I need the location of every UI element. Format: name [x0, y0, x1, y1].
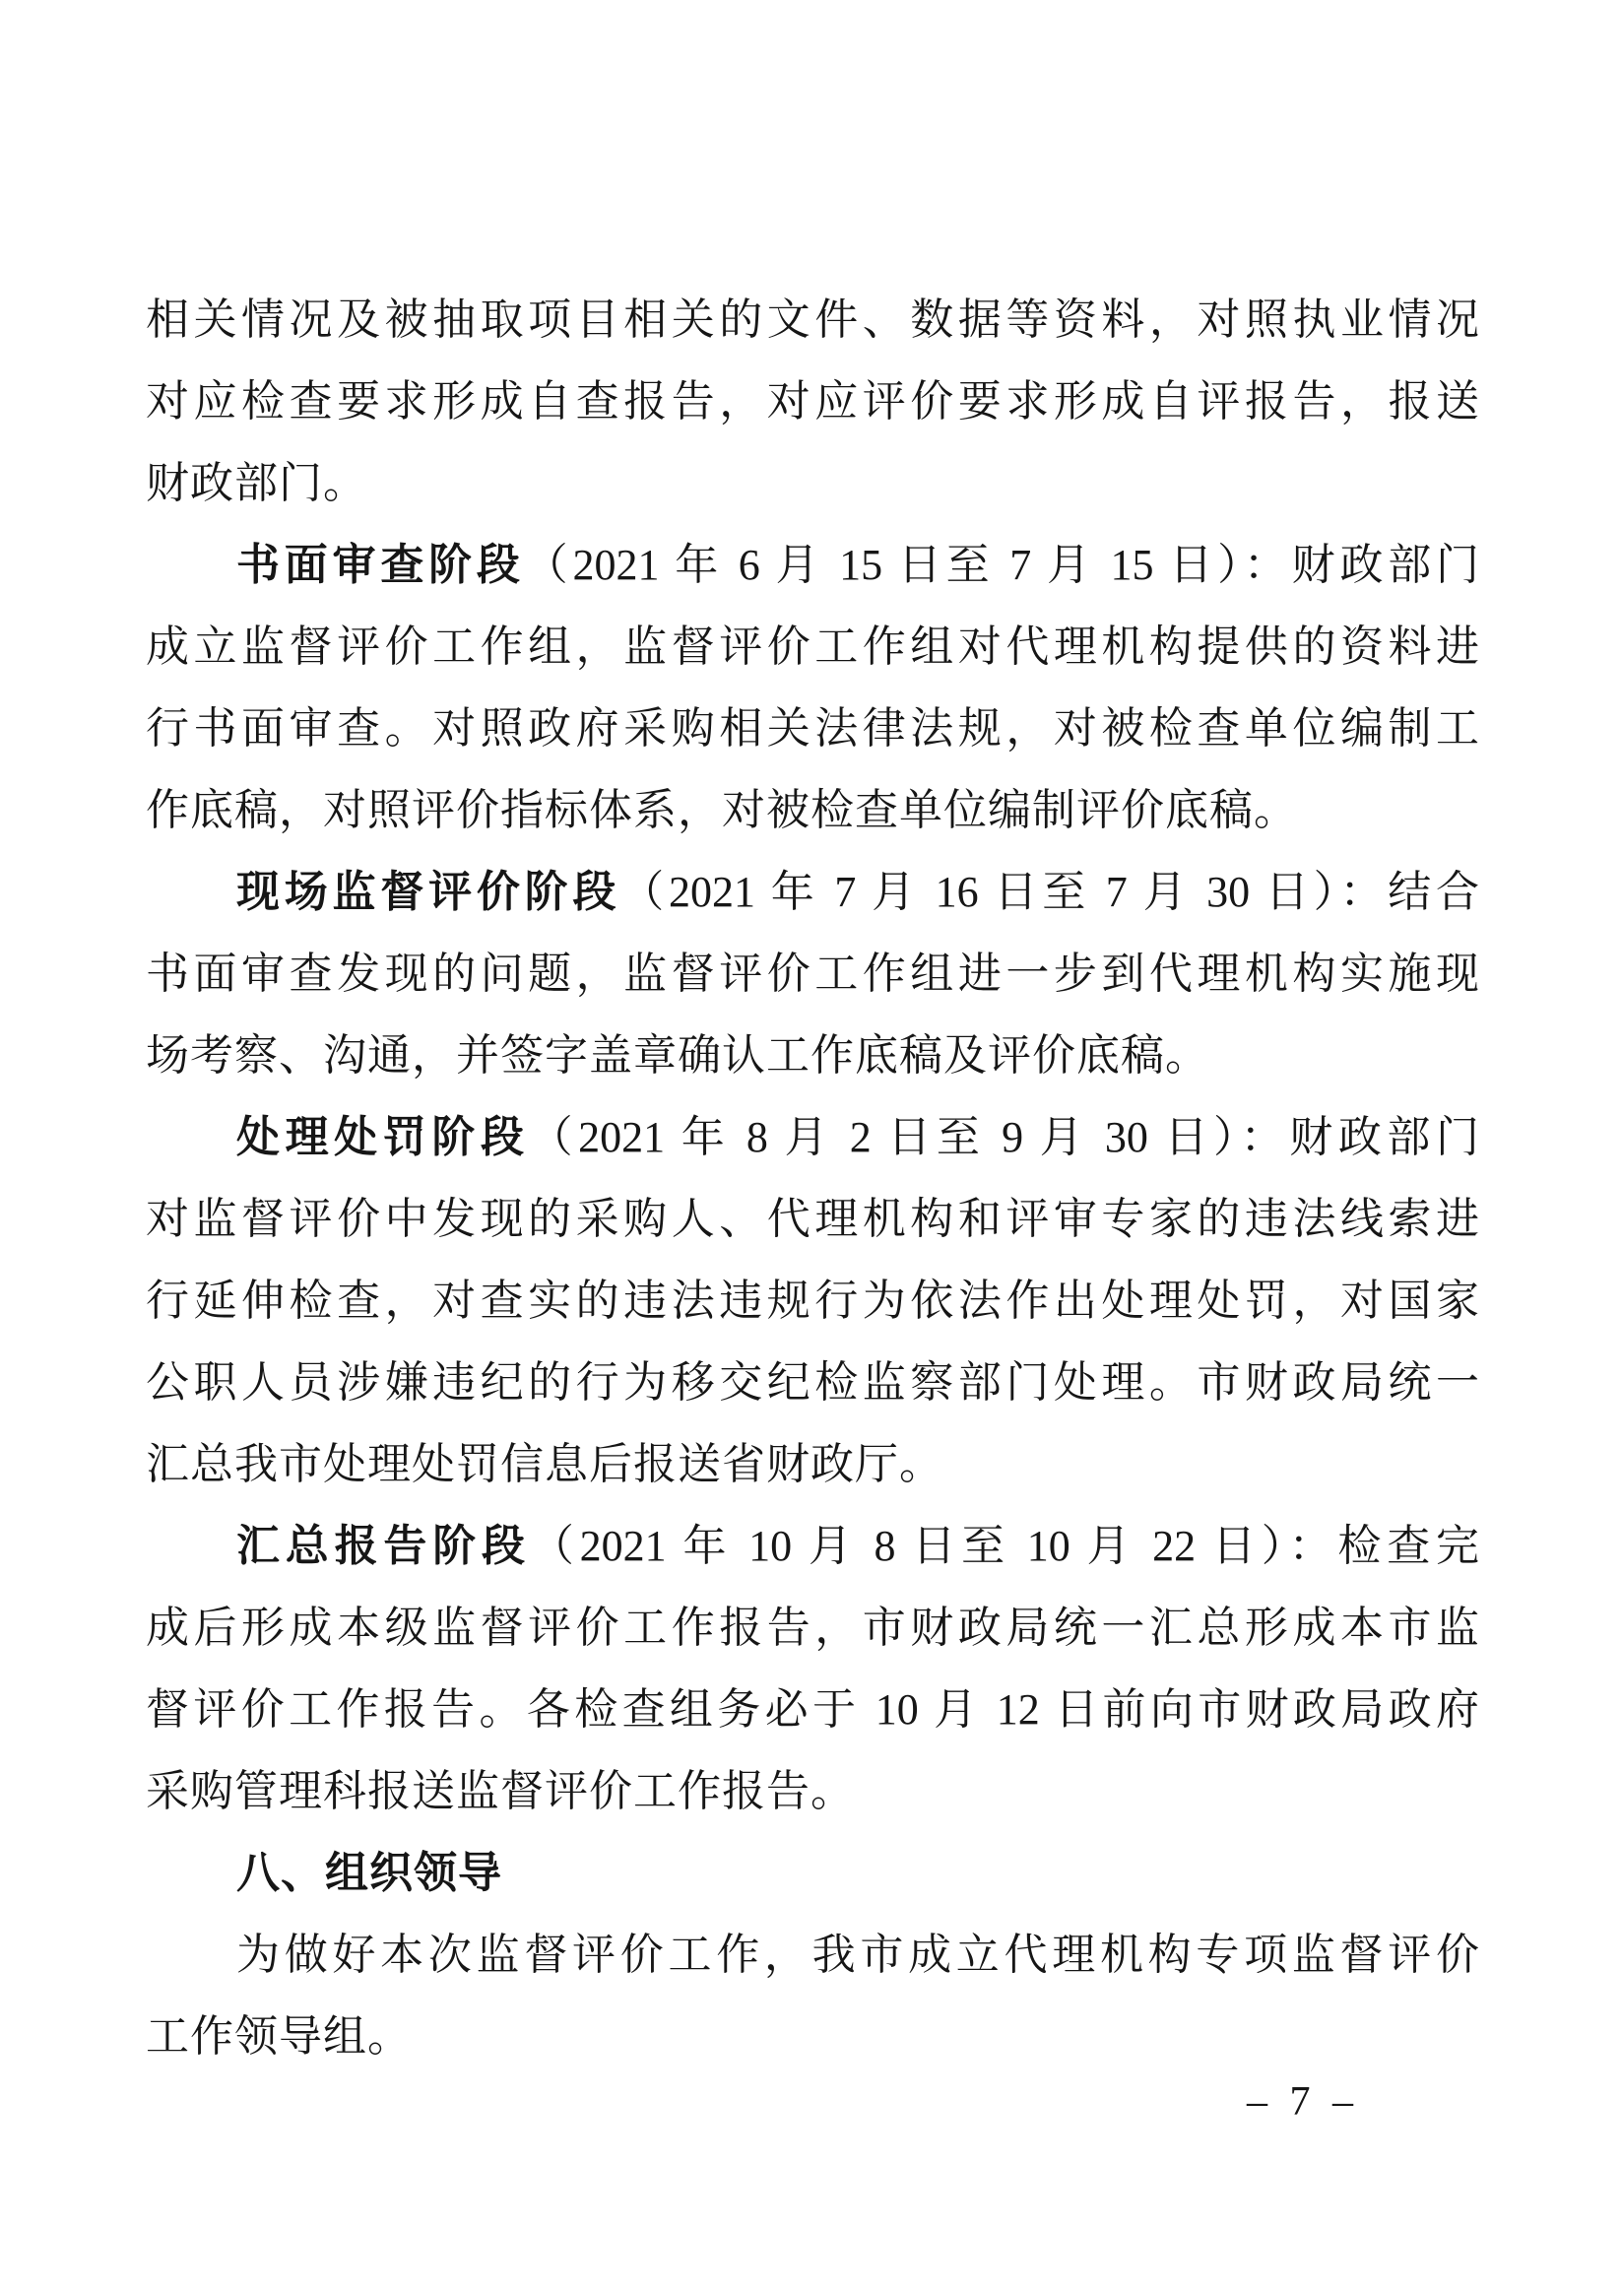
text-line: 汇总报告阶段（2021 年 10 月 8 日至 10 月 22 日）：检查完 [146, 1505, 1479, 1587]
body-text: 书面审查发现的问题，监督评价工作组进一步到代理机构实施现 [146, 950, 1479, 998]
text-line: 公职人员涉嫌违纪的行为移交纪检监察部门处理。市财政局统一 [146, 1342, 1479, 1423]
text-line: 对应检查要求形成自查报告，对应评价要求形成自评报告，报送 [146, 361, 1479, 442]
text-line: 督评价工作报告。各检查组务必于 10 月 12 日前向市财政局政府 [146, 1669, 1479, 1750]
body-text: 行延伸检查，对查实的违法违规行为依法作出处理处罚，对国家 [146, 1277, 1479, 1325]
body-text: （2021 年 10 月 8 日至 10 月 22 日）：检查完 [531, 1522, 1479, 1570]
body-text: 工作领导组。 [146, 2012, 412, 2061]
body-text: 场考察、沟通，并签字盖章确认工作底稿及评价底稿。 [146, 1031, 1209, 1080]
text-line: 书面审查发现的问题，监督评价工作组进一步到代理机构实施现 [146, 933, 1479, 1015]
text-line: 采购管理科报送监督评价工作报告。 [146, 1750, 1479, 1832]
body-text: 为做好本次监督评价工作，我市成立代理机构专项监督评价 [236, 1931, 1479, 1979]
body-text: 对应检查要求形成自查报告，对应评价要求形成自评报告，报送 [146, 377, 1479, 426]
text-line: 成立监督评价工作组，监督评价工作组对代理机构提供的资料进 [146, 606, 1479, 688]
text-line: 为做好本次监督评价工作，我市成立代理机构专项监督评价 [146, 1914, 1479, 1996]
text-line: 八、组织领导 [146, 1832, 1479, 1914]
text-line: 作底稿，对照评价指标体系，对被检查单位编制评价底稿。 [146, 769, 1479, 851]
document-page: 相关情况及被抽取项目相关的文件、数据等资料，对照执业情况对应检查要求形成自查报告… [0, 0, 1621, 2296]
emphasis-text: 处理处罚阶段 [236, 1113, 530, 1161]
body-text: 作底稿，对照评价指标体系，对被检查单位编制评价底稿。 [146, 786, 1298, 834]
text-line: 场考察、沟通，并签字盖章确认工作底稿及评价底稿。 [146, 1015, 1479, 1096]
body-text: 采购管理科报送监督评价工作报告。 [146, 1767, 855, 1815]
document-body: 相关情况及被抽取项目相关的文件、数据等资料，对照执业情况对应检查要求形成自查报告… [146, 279, 1479, 2077]
body-text: （2021 年 7 月 16 日至 7 月 30 日）：结合 [620, 868, 1479, 916]
text-line: 相关情况及被抽取项目相关的文件、数据等资料，对照执业情况 [146, 279, 1479, 361]
body-text: 对监督评价中发现的采购人、代理机构和评审专家的违法线索进 [146, 1195, 1479, 1243]
body-text: 财政部门。 [146, 459, 367, 507]
emphasis-text: 现场监督评价阶段 [236, 868, 620, 916]
text-line: 汇总我市处理处罚信息后报送省财政厅。 [146, 1423, 1479, 1505]
text-line: 工作领导组。 [146, 1996, 1479, 2077]
text-line: 行书面审查。对照政府采购相关法律法规，对被检查单位编制工 [146, 688, 1479, 769]
body-text: 行书面审查。对照政府采购相关法律法规，对被检查单位编制工 [146, 704, 1479, 753]
page-number: – 7 – [1247, 2072, 1359, 2132]
text-line: 现场监督评价阶段（2021 年 7 月 16 日至 7 月 30 日）：结合 [146, 851, 1479, 933]
body-text: 成后形成本级监督评价工作报告，市财政局统一汇总形成本市监 [146, 1604, 1479, 1652]
emphasis-text: 书面审查阶段 [236, 541, 525, 589]
text-line: 对监督评价中发现的采购人、代理机构和评审专家的违法线索进 [146, 1178, 1479, 1260]
text-line: 成后形成本级监督评价工作报告，市财政局统一汇总形成本市监 [146, 1587, 1479, 1669]
body-text: （2021 年 6 月 15 日至 7 月 15 日）：财政部门 [525, 541, 1479, 589]
body-text: 汇总我市处理处罚信息后报送省财政厅。 [146, 1440, 943, 1488]
text-line: 行延伸检查，对查实的违法违规行为依法作出处理处罚，对国家 [146, 1260, 1479, 1342]
body-text: 成立监督评价工作组，监督评价工作组对代理机构提供的资料进 [146, 623, 1479, 671]
text-line: 处理处罚阶段（2021 年 8 月 2 日至 9 月 30 日）：财政部门 [146, 1096, 1479, 1178]
body-text: 公职人员涉嫌违纪的行为移交纪检监察部门处理。市财政局统一 [146, 1358, 1479, 1407]
emphasis-text: 汇总报告阶段 [236, 1522, 531, 1570]
body-text: （2021 年 8 月 2 日至 9 月 30 日）：财政部门 [530, 1113, 1479, 1161]
text-line: 财政部门。 [146, 442, 1479, 524]
body-text: 督评价工作报告。各检查组务必于 10 月 12 日前向市财政局政府 [146, 1685, 1479, 1734]
body-text: 相关情况及被抽取项目相关的文件、数据等资料，对照执业情况 [146, 295, 1479, 344]
text-line: 书面审查阶段（2021 年 6 月 15 日至 7 月 15 日）：财政部门 [146, 524, 1479, 606]
emphasis-text: 八、组织领导 [236, 1849, 502, 1897]
